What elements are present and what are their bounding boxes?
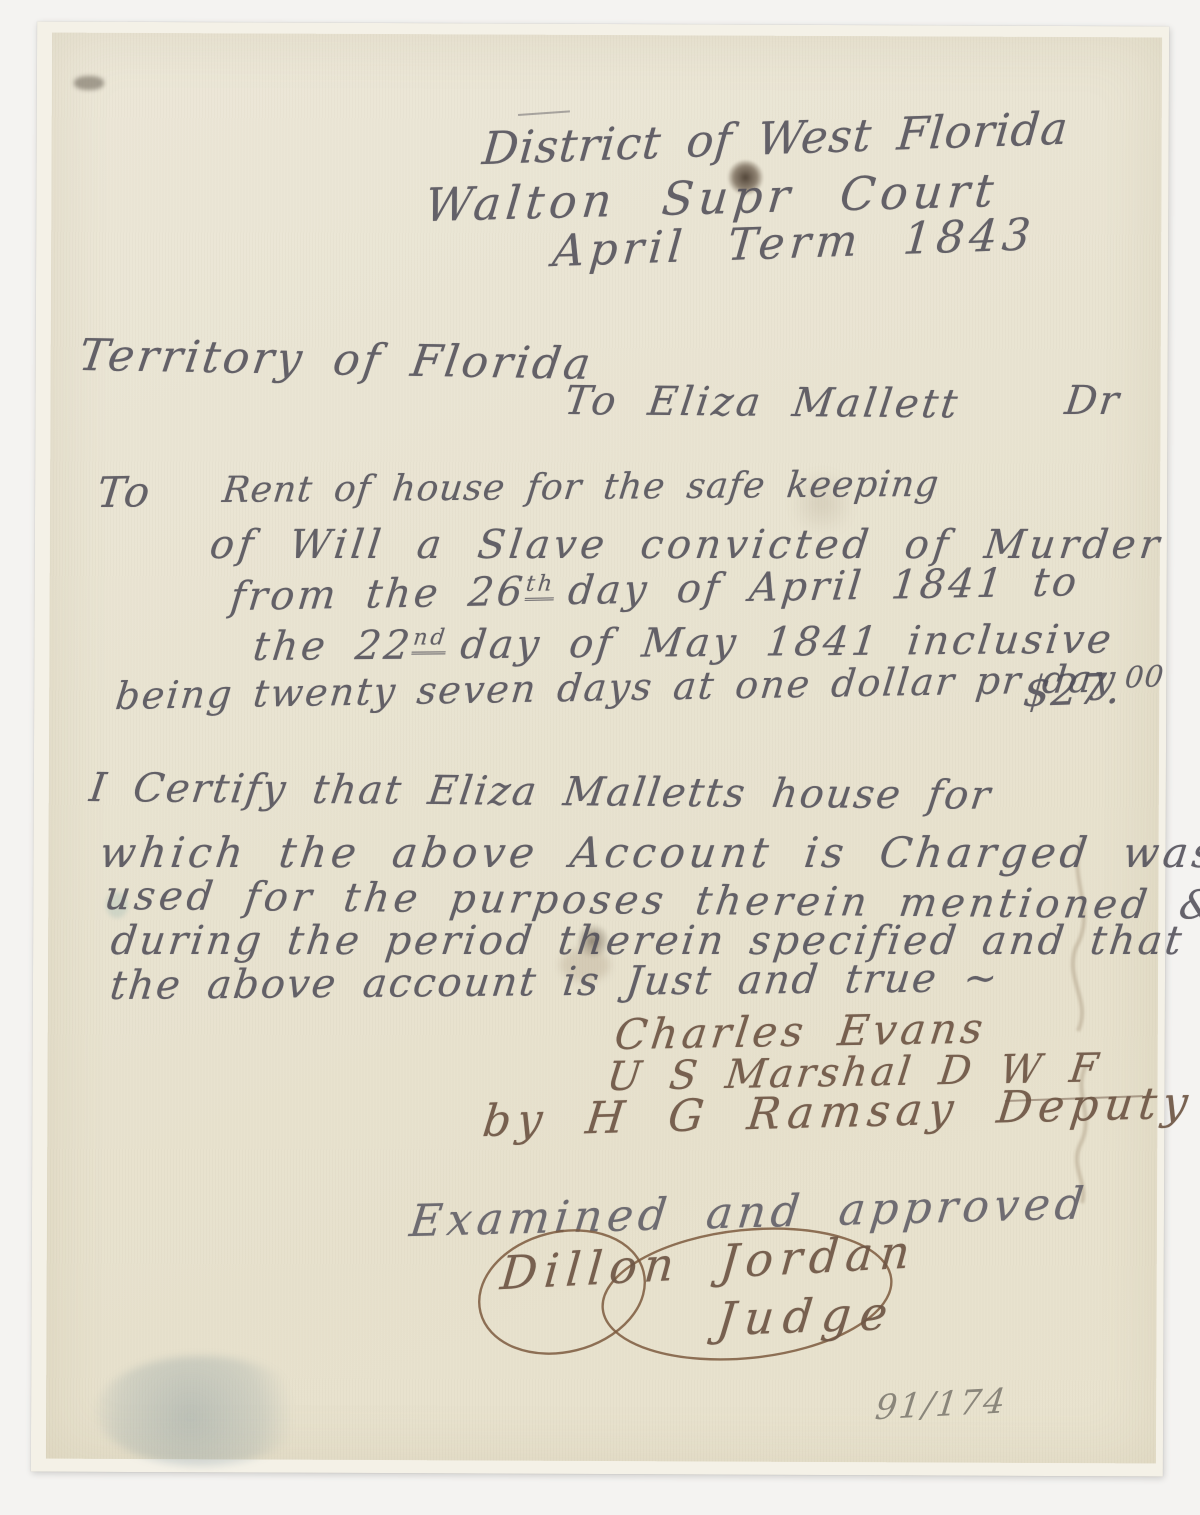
amount-value: $27.00 <box>1021 659 1165 716</box>
debit-abbr: Dr <box>1062 378 1123 424</box>
ordinal-sup: th <box>524 571 556 601</box>
ordinal-sup: nd <box>412 625 450 654</box>
debtor-line: To Eliza Mallett <box>562 378 963 427</box>
page-number: 91/174 <box>873 1381 1009 1428</box>
scanned-document: District of West Florida Walton Supr Cou… <box>0 0 1200 1515</box>
account-line-4-start: the 22 <box>251 623 415 670</box>
account-line-1: Rent of house for the safe keeping <box>220 464 941 511</box>
amount-dollars: $27. <box>1021 664 1123 717</box>
certify-line-1: I Certify that Eliza Malletts house for <box>87 765 995 819</box>
judge-title: Judge <box>714 1286 899 1346</box>
amount-cents: 00 <box>1123 659 1165 695</box>
certify-line-4: during the period therein specified and … <box>108 918 1187 964</box>
account-line-3-start: from the 26 <box>228 569 528 620</box>
account-prefix: To <box>95 467 154 517</box>
territory-line: Territory of Florida <box>76 330 597 390</box>
certify-line-5: the above account is Just and true ~ <box>108 955 1002 1009</box>
certify-line-2: which the above Account is Charged was <box>97 828 1200 877</box>
account-line-3-end: day of April 1841 to <box>566 559 1082 614</box>
